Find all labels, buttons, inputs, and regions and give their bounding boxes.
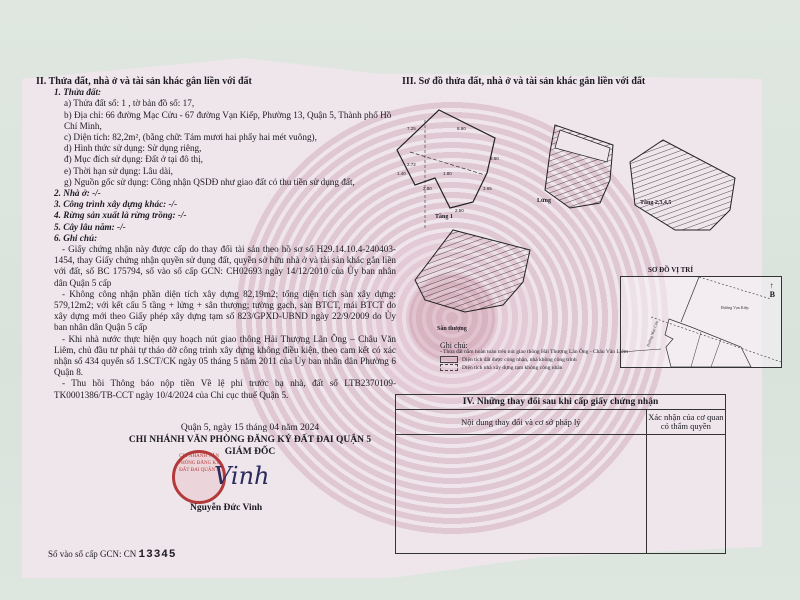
plan-label-floors-2-5: Tầng 2,3,4,5 <box>640 200 671 206</box>
svg-text:2.72: 2.72 <box>407 162 416 167</box>
plan-label-rooftop: Sân thượng <box>437 326 467 332</box>
serial-label: Số vào sổ cấp GCN: CN <box>48 549 136 559</box>
svg-text:1.40: 1.40 <box>397 171 406 176</box>
left-page: II. Thửa đất, nhà ở và tài sản khác gắn … <box>36 76 396 401</box>
changes-col-content: Nội dung thay đổi và cơ sở pháp lý <box>396 410 647 435</box>
section-iii-title: III. Sơ đồ thửa đất, nhà ở và tài sản kh… <box>402 76 645 87</box>
location-map-title: SƠ ĐỒ VỊ TRÍ <box>648 266 693 274</box>
changes-table: IV. Những thay đổi sau khi cấp giấy chứn… <box>395 394 726 554</box>
solid-box-icon <box>440 356 458 363</box>
signature-block: Quận 5, ngày 15 tháng 04 năm 2024 CHI NH… <box>100 422 400 458</box>
use-origin: g) Nguồn gốc sử dụng: Công nhận QSDĐ như… <box>36 177 396 188</box>
use-term: e) Thời hạn sử dụng: Lâu dài, <box>36 166 396 177</box>
legend-text: - Thửa đất nằm hoàn toàn trên nút giao t… <box>440 349 628 356</box>
svg-text:8.60: 8.60 <box>457 126 466 131</box>
serial-number: 13345 <box>139 549 177 561</box>
issue-date: Quận 5, ngày 15 tháng 04 năm 2024 <box>100 422 400 434</box>
changes-content-cell <box>396 435 647 554</box>
note-item: - Khi nhà nước thực hiện quy hoạch nút g… <box>36 334 396 379</box>
svg-text:2.80: 2.80 <box>423 186 432 191</box>
note-item: - Giấy chứng nhận này được cấp do thay đ… <box>36 244 396 289</box>
note-item: - Thu hồi Thông báo nộp tiền Về lệ phí t… <box>36 378 396 400</box>
svg-text:2.50: 2.50 <box>455 208 464 213</box>
svg-text:Đường Mạc Cửu: Đường Mạc Cửu <box>645 320 659 347</box>
notes-heading: 6. Ghi chú: <box>36 233 396 244</box>
location-map-drawing: Đường Vạn Kiếp Đường Mạc Cửu <box>621 277 781 367</box>
dashed-box-icon <box>440 364 458 371</box>
changes-table-title: IV. Những thay đổi sau khi cấp giấy chứn… <box>396 395 726 410</box>
perennial-line: 5. Cây lâu năm: -/- <box>36 222 396 233</box>
section-ii-title: II. Thửa đất, nhà ở và tài sản khác gắn … <box>36 76 396 87</box>
svg-text:3.65: 3.65 <box>483 186 492 191</box>
svg-text:1.80: 1.80 <box>443 171 452 176</box>
other-works-line: 3. Công trình xây dựng khác: -/- <box>36 199 396 210</box>
use-purpose: đ) Mục đích sử dụng: Đất ở tại đô thị, <box>36 154 396 165</box>
use-form: d) Hình thức sử dụng: Sử dụng riêng, <box>36 143 396 154</box>
house-line: 2. Nhà ở: -/- <box>36 188 396 199</box>
serial-line: Số vào sổ cấp GCN: CN 13345 <box>48 549 177 561</box>
plan-label-mezzanine: Lửng <box>537 198 551 204</box>
handwritten-signature: Vinh <box>214 462 270 490</box>
legend-heading: Ghi chú: <box>440 342 628 349</box>
issuing-office: CHI NHÁNH VĂN PHÒNG ĐĂNG KÝ ĐẤT ĐAI QUẬN… <box>100 434 400 446</box>
forest-line: 4. Rừng sản xuất là rừng trồng: -/- <box>36 210 396 221</box>
signer-name: Nguyễn Đức Vinh <box>190 503 262 513</box>
changes-col-confirmation: Xác nhận của cơ quan có thẩm quyền <box>646 410 725 435</box>
parcel-address: b) Địa chỉ: 66 đường Mạc Cửu - 67 đường … <box>36 110 396 132</box>
legend-item: Diện tích nhà xây dựng tạm không công nh… <box>440 364 628 372</box>
parcel-area: c) Diện tích: 82,2m², (bằng chữ: Tám mươ… <box>36 132 396 143</box>
svg-text:3.50: 3.50 <box>490 156 499 161</box>
legend-item: Diện tích đất được công nhận, nhà không … <box>440 356 628 364</box>
north-compass: ↑B <box>770 281 775 299</box>
svg-text:7.25: 7.25 <box>407 126 416 131</box>
note-item: - Không công nhận phần diện tích xây dựn… <box>36 289 396 334</box>
parcel-number: a) Thửa đất số: 1 , tờ bản đồ số: 17, <box>36 98 396 109</box>
location-map: Đường Vạn Kiếp Đường Mạc Cửu ↑B <box>620 276 782 368</box>
signer-position: GIÁM ĐỐC <box>100 446 400 458</box>
plan-label-ground-floor: Tầng 1 <box>435 214 453 220</box>
svg-text:Đường Vạn Kiếp: Đường Vạn Kiếp <box>721 305 749 310</box>
map-legend: Ghi chú: - Thửa đất nằm hoàn toàn trên n… <box>440 342 628 372</box>
land-heading: 1. Thửa đất: <box>36 87 396 98</box>
changes-confirmation-cell <box>646 435 725 554</box>
